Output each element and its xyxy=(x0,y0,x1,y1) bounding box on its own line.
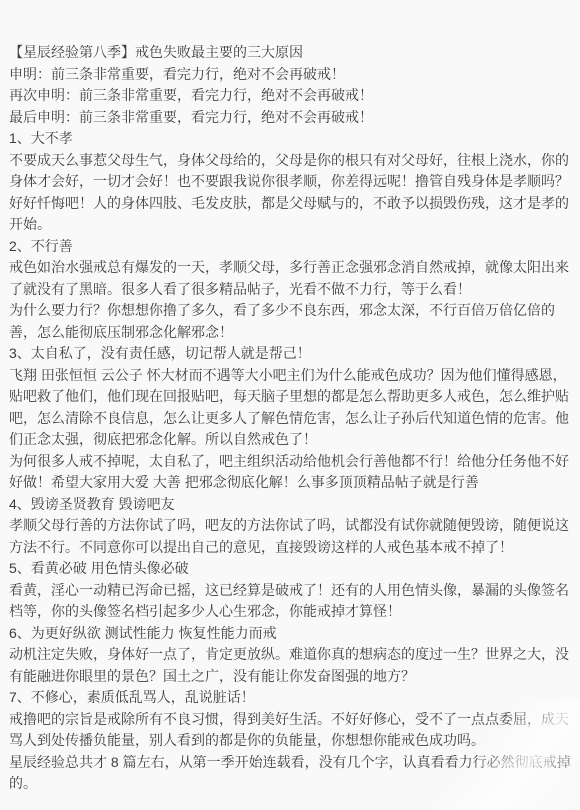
section-6-heading: 6、为更好纵欲 测试性能力 恢复性能力而戒 xyxy=(9,623,572,645)
section-5-heading: 5、看黄必破 用色情头像必破 xyxy=(9,558,572,580)
section-5-paragraph-1: 看黄，淫心一动精已泻命已摇，这已经算是破戒了！还有的人用色情头像，暴漏的头像签名… xyxy=(9,580,572,623)
section-2-paragraph-2: 为什么要力行？你想想你撸了多久，看了多少不良东西，邪念太深，不行百倍万倍亿倍的善… xyxy=(9,300,572,343)
section-2-paragraph-1: 戒色如治水强戒总有爆发的一天，孝顺父母，多行善正念强邪念消自然戒掉，就像太阳出来… xyxy=(9,257,572,300)
section-6-paragraph-1: 动机注定失败，身体好一点了，肯定更放纵。难道你真的想病态的度过一生？世界之大，没… xyxy=(9,644,572,687)
section-1-heading: 1、大不孝 xyxy=(9,128,572,150)
section-3-heading: 3、太自私了，没有责任感，切记帮人就是帮己！ xyxy=(9,343,572,365)
section-7-paragraph-2: 星辰经验总共才 8 篇左右，从第一季开始连载看，没有几个字，认真看看力行必然彻底… xyxy=(9,752,572,795)
document-title: 【星辰经验第八季】戒色失败最主要的三大原因 xyxy=(9,42,572,64)
section-1-paragraph-1: 不要成天么事惹父母生气，身体父母给的，父母是你的根只有对父母好，往根上浇水，你的… xyxy=(9,150,572,236)
section-7-paragraph-1: 戒撸吧的宗旨是戒除所有不良习惯，得到美好生活。不好好修心，受不了一点点委屈，成天… xyxy=(9,709,572,752)
section-2-heading: 2、不行善 xyxy=(9,236,572,258)
section-4-paragraph-1: 孝顺父母行善的方法你试了吗，吧友的方法你试了吗，试都没有试你就随便毁谤，随便说这… xyxy=(9,515,572,558)
statement-line-1: 申明：前三条非常重要，看完力行，绝对不会再破戒！ xyxy=(9,64,572,86)
section-4-heading: 4、毁谤圣贤教育 毁谤吧友 xyxy=(9,494,572,516)
document-page: 【星辰经验第八季】戒色失败最主要的三大原因 申明：前三条非常重要，看完力行，绝对… xyxy=(0,0,580,810)
section-3-paragraph-2: 为何很多人戒不掉呢，太自私了，吧主组织活动给他机会行善他都不行！给他分任务他不好… xyxy=(9,451,572,494)
section-3-paragraph-1: 飞翔 田张恒恒 云公子 怀大材而不遇等大小吧主们为什么能戒色成功？因为他们懂得感… xyxy=(9,365,572,451)
section-7-heading: 7、不修心，素质低乱骂人，乱说脏话！ xyxy=(9,687,572,709)
statement-line-3: 最后申明：前三条非常重要，看完力行，绝对不会再破戒！ xyxy=(9,107,572,129)
statement-line-2: 再次申明：前三条非常重要，看完力行，绝对不会再破戒！ xyxy=(9,85,572,107)
